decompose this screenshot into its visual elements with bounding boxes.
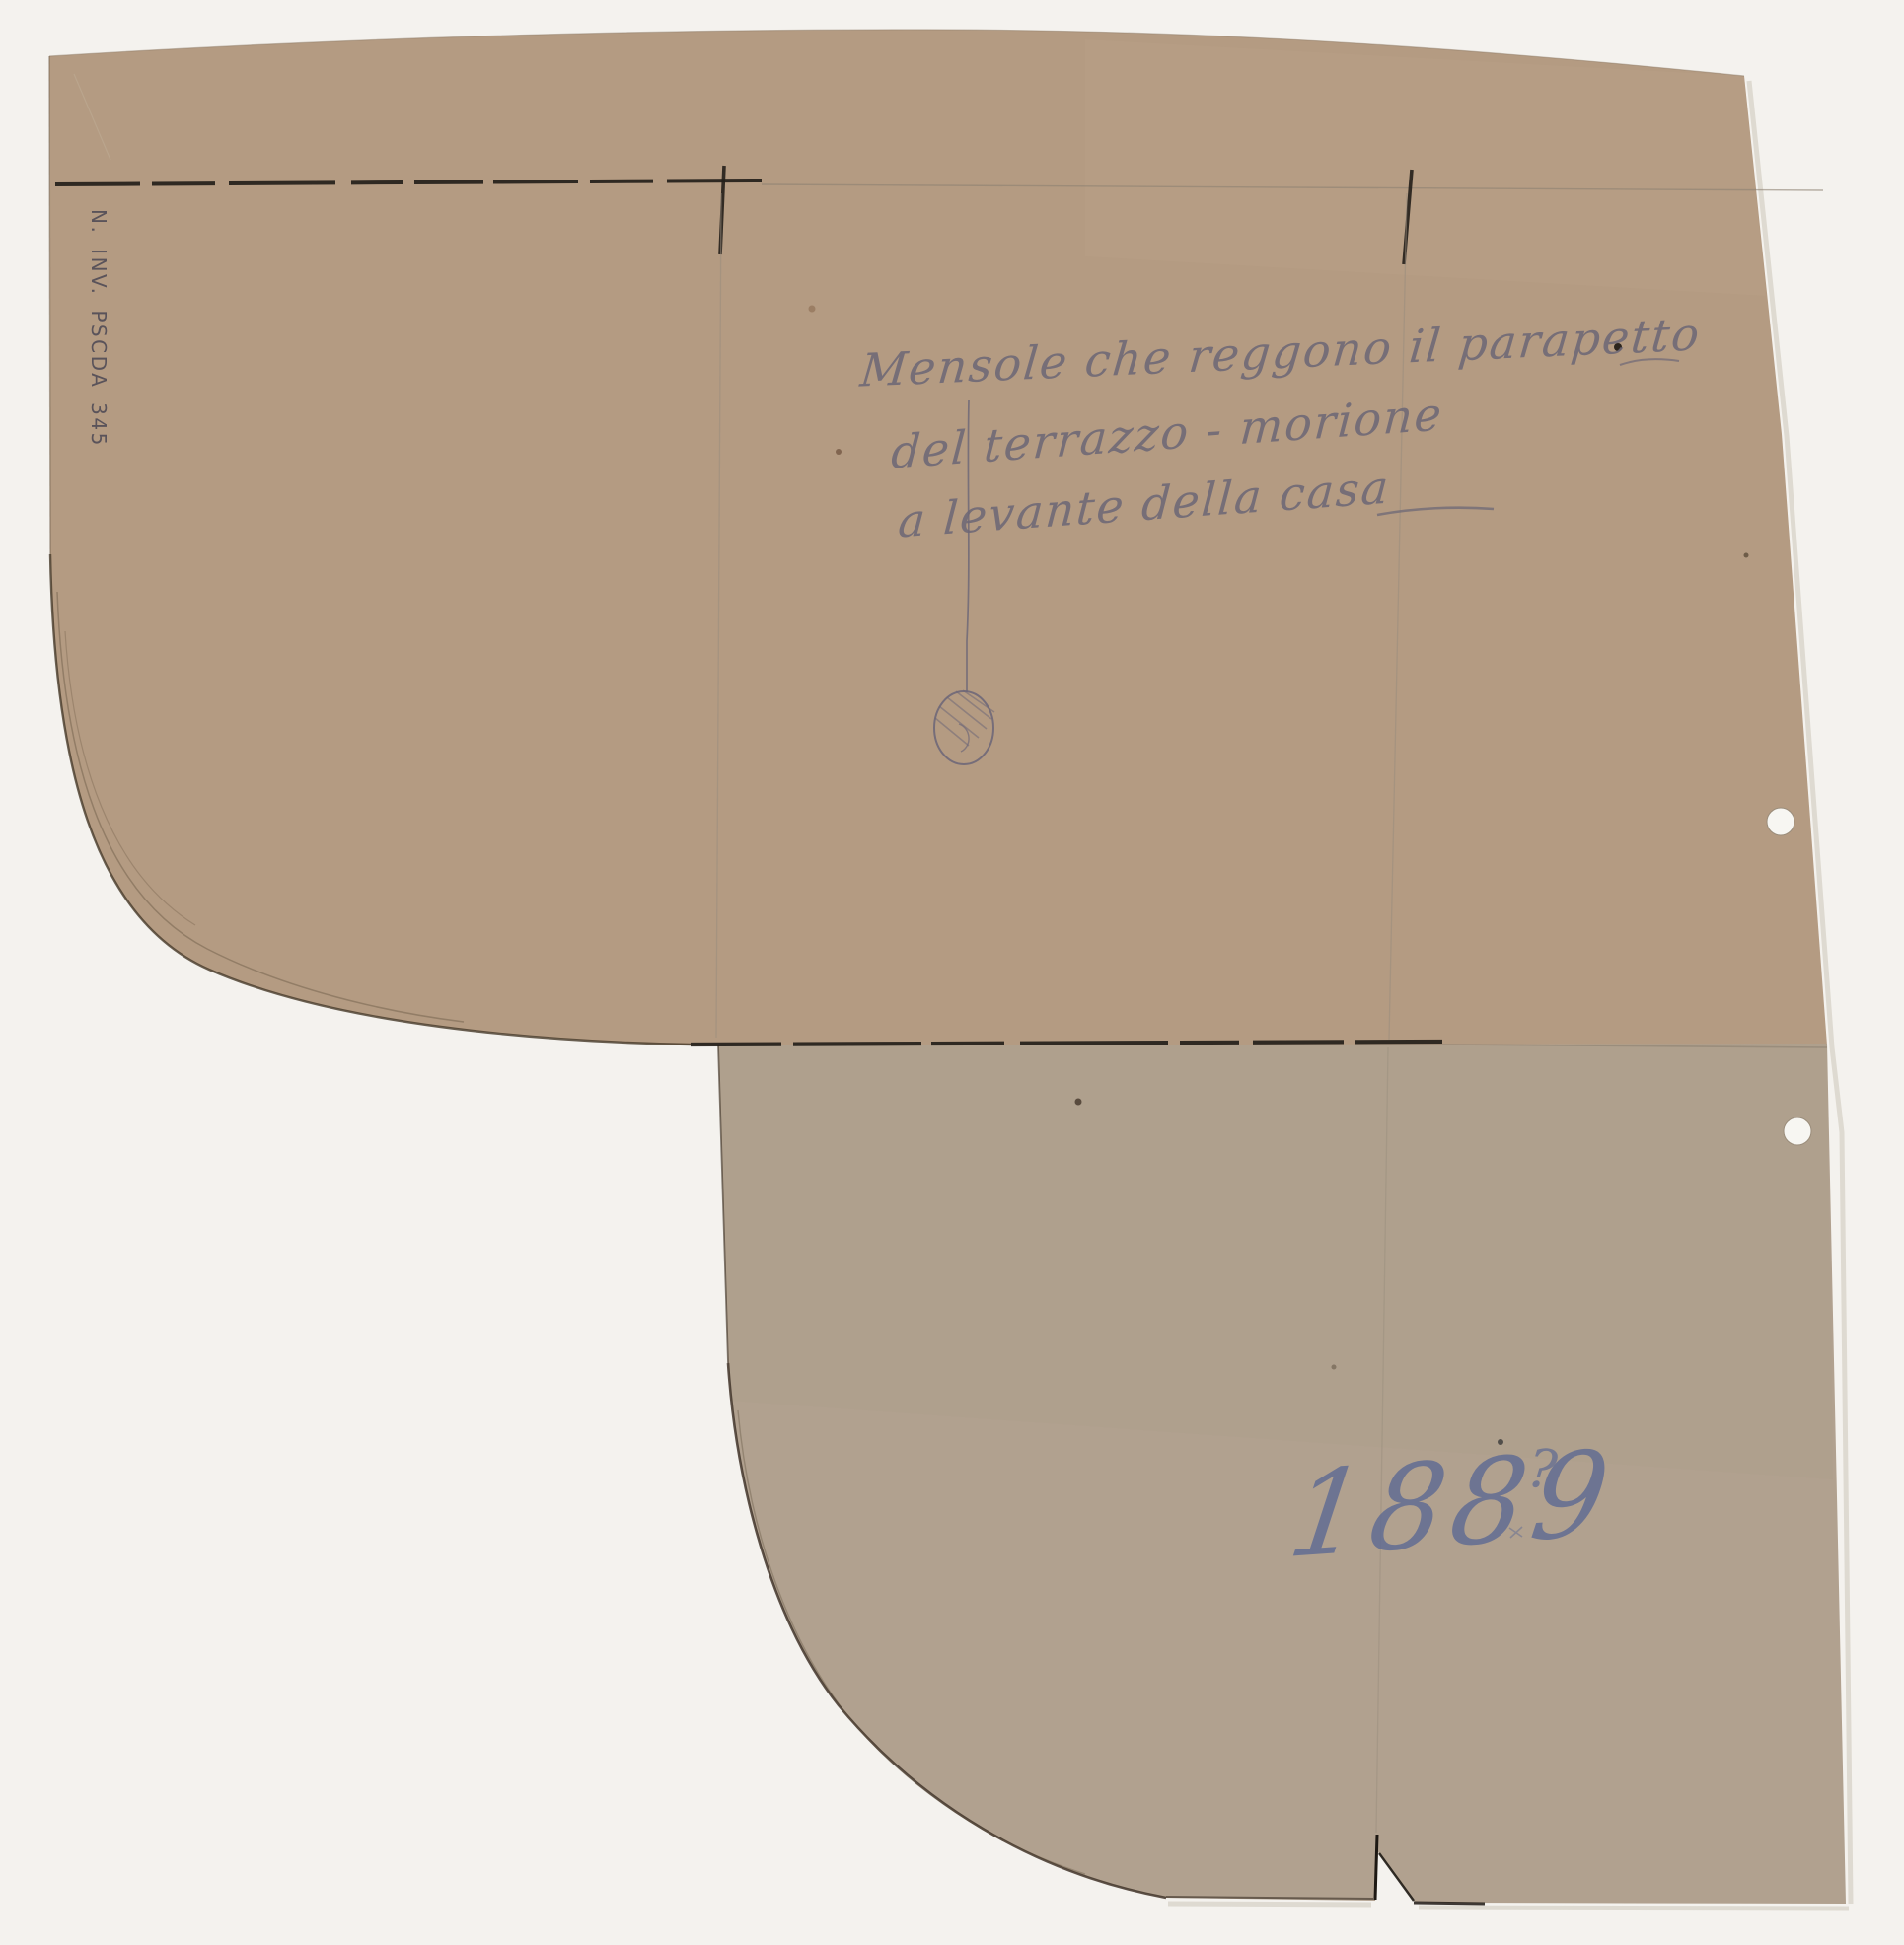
paper-speck [1332,1365,1337,1370]
paper-speck [1744,553,1749,558]
scanned-document: N. INV. PSCDA 345 Mensole che reggono il… [0,0,1904,1945]
inventory-stamp: N. INV. PSCDA 345 [87,209,110,448]
bottom-slit-cut [1375,1835,1377,1900]
scan-shadow-bottom [1168,1904,1849,1909]
notch-bottom-edge [1414,1903,1485,1904]
paper-speck [809,306,816,313]
paper-speck [1075,1099,1082,1106]
scan-canvas [0,0,1904,1945]
punch-hole [1784,1117,1811,1145]
paper-speck [836,449,842,455]
punch-hole [1767,808,1794,835]
paper-edge-left-upper [49,56,50,554]
paper-tone-wash [1085,39,1766,296]
date-annotation: 1889 [1282,1424,1624,1585]
